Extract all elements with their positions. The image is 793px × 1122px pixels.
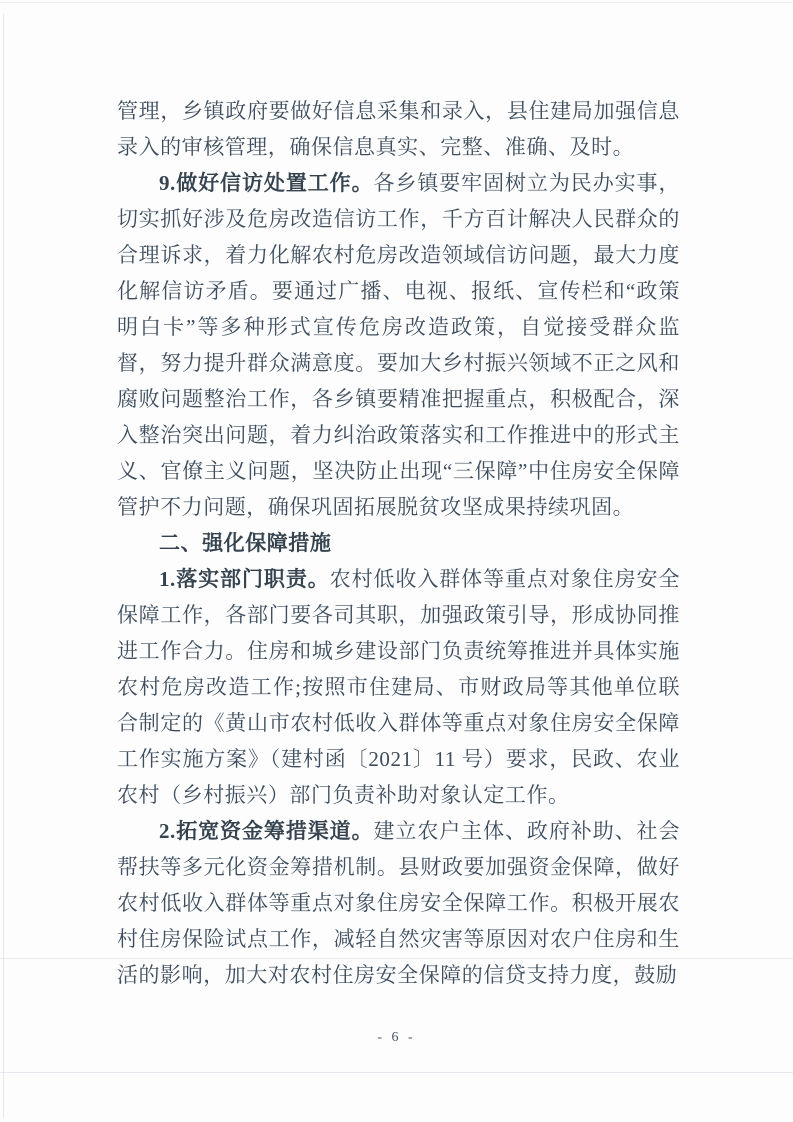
body-text-segment: 建立农户主体、政府补助、社会帮扶等多元化资金筹措机制。县财政要加强资金保障，做好… [117,819,680,987]
paragraph: 2.拓宽资金筹措渠道。建立农户主体、政府补助、社会帮扶等多元化资金筹措机制。县财… [117,813,680,993]
paragraph: 管理，乡镇政府要做好信息采集和录入，县住建局加强信息录入的审核管理，确保信息真实… [117,93,680,165]
scan-edge-top [0,2,793,3]
paragraph: 1.落实部门职责。农村低收入群体等重点对象住房安全保障工作，各部门要各司其职，加… [117,561,680,813]
page-number: - 6 - [0,1030,793,1046]
document-body: 管理，乡镇政府要做好信息采集和录入，县住建局加强信息录入的审核管理，确保信息真实… [117,93,680,993]
bold-lead-text: 9.做好信访处置工作。 [159,171,374,195]
bold-lead-text: 2.拓宽资金筹措渠道。 [159,819,374,843]
paragraph: 9.做好信访处置工作。各乡镇要牢固树立为民办实事，切实抓好涉及危房改造信访工作，… [117,165,680,525]
body-text-segment: 农村低收入群体等重点对象住房安全保障工作，各部门要各司其职，加强政策引导，形成协… [117,567,680,807]
section-heading: 二、强化保障措施 [117,525,680,561]
document-page: 管理，乡镇政府要做好信息采集和录入，县住建局加强信息录入的审核管理，确保信息真实… [0,0,793,1122]
bold-lead-text: 二、强化保障措施 [159,531,331,555]
body-text-segment: 管理，乡镇政府要做好信息采集和录入，县住建局加强信息录入的审核管理，确保信息真实… [117,99,680,159]
scan-artifact-line-2 [0,1072,793,1073]
bold-lead-text: 1.落实部门职责。 [159,567,330,591]
body-text-segment: 各乡镇要牢固树立为民办实事，切实抓好涉及危房改造信访工作，千方百计解决人民群众的… [117,171,680,519]
scan-edge-left [3,14,4,1118]
